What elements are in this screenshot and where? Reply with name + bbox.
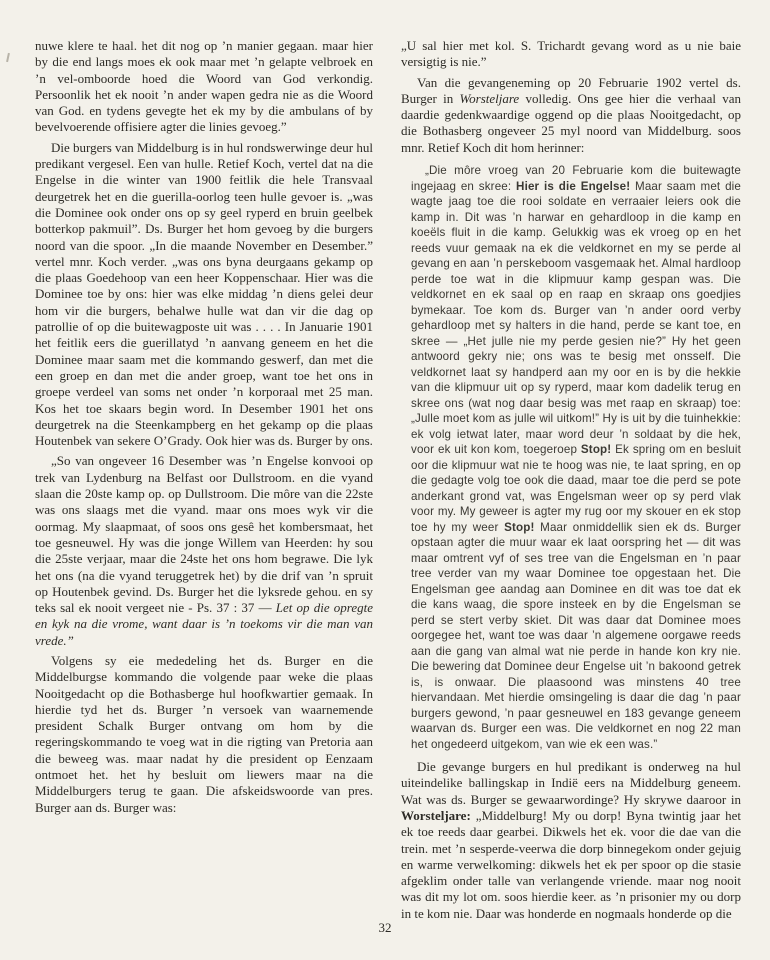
text-run: Stop! — [504, 521, 534, 534]
text-run: Die burgers van Middelburg is in hul ron… — [35, 140, 373, 448]
paragraph: Die burgers van Middelburg is in hul ron… — [35, 140, 373, 450]
scan-artifact — [6, 53, 10, 62]
text-run: „So van ongeveer 16 Desember was ’n Enge… — [35, 453, 373, 615]
text-run: Die gevange burgers en hul predikant is … — [401, 759, 741, 807]
paragraph: „U sal hier met kol. S. Trichardt gevang… — [401, 38, 741, 71]
paragraph: nuwe klere te haal. het dit nog op ’n ma… — [35, 38, 373, 136]
text-run: „U sal hier met kol. S. Trichardt gevang… — [401, 38, 741, 69]
text-run: Volgens sy eie mededeling het ds. Burger… — [35, 653, 373, 815]
paragraph: Volgens sy eie mededeling het ds. Burger… — [35, 653, 373, 816]
text-run: Stop! — [581, 443, 611, 456]
page-number: 32 — [0, 920, 770, 936]
text-run: nuwe klere te haal. het dit nog op ’n ma… — [35, 38, 373, 134]
text-run: Maar saam met die wagte jaag toe die roo… — [411, 180, 741, 457]
text-run: Worsteljare — [460, 91, 520, 106]
block-quote: „Die môre vroeg van 20 Februarie kom die… — [411, 163, 741, 752]
text-run: „Middelburg! My ou dorp! Byna twintig ja… — [401, 808, 741, 921]
paragraph: „So van ongeveer 16 Desember was ’n Enge… — [35, 453, 373, 649]
text-run: Worsteljare: — [401, 808, 471, 823]
book-page: nuwe klere te haal. het dit nog op ’n ma… — [0, 0, 770, 960]
paragraph: Die gevange burgers en hul predikant is … — [401, 759, 741, 922]
text-run: Hier is die Engelse! — [516, 180, 630, 193]
paragraph: Van die gevangeneming op 20 Februarie 19… — [401, 75, 741, 156]
right-column: „U sal hier met kol. S. Trichardt gevang… — [401, 38, 741, 926]
text-run: Maar onmiddellik sien ek ds. Burger opst… — [411, 521, 741, 751]
left-column: nuwe klere te haal. het dit nog op ’n ma… — [35, 38, 373, 820]
